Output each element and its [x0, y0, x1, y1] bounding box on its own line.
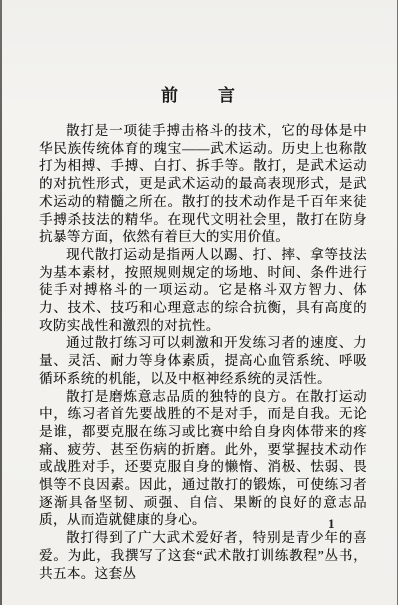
paragraph: 散打是磨炼意志品质的独特的良方。在散打运动中，练习者首先要战胜的不是对手，而是自… — [39, 388, 367, 530]
paragraph: 散打是一项徒手搏击格斗的技术，它的母体是中华民族传统体育的瑰宝——武术运动。历史… — [39, 122, 367, 246]
paragraph: 通过散打练习可以刺激和开发练习者的速度、力量、灵活、耐力等身体素质，提高心血管系… — [39, 334, 367, 387]
page-title: 前 言 — [0, 81, 398, 106]
scanned-book-page: 前 言 散打是一项徒手搏击格斗的技术，它的母体是中华民族传统体育的瑰宝——武术运… — [0, 0, 398, 605]
page-number: 1 — [328, 516, 335, 532]
preface-body: 散打是一项徒手搏击格斗的技术，它的母体是中华民族传统体育的瑰宝——武术运动。历史… — [39, 122, 367, 582]
paragraph: 现代散打运动是指两人以踢、打、摔、拿等技法为基本素材，按照规则规定的场地、时间、… — [39, 246, 367, 335]
paragraph: 散打得到了广大武术爱好者，特别是青少年的喜爱。为此，我撰写了这套“武术散打训练教… — [39, 529, 367, 582]
